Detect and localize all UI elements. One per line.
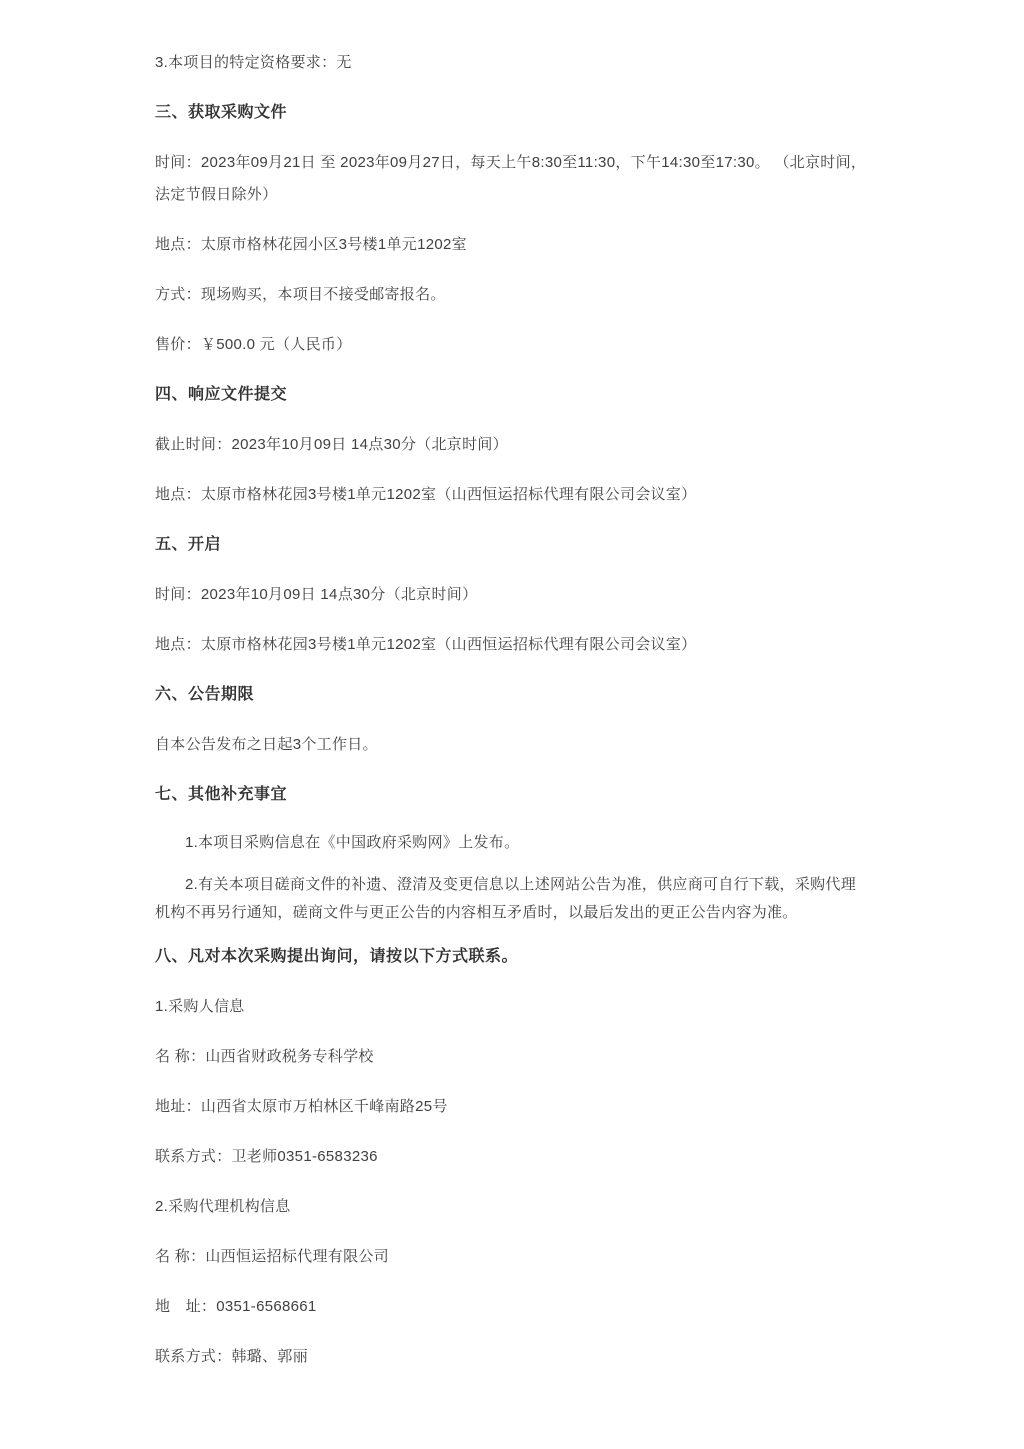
para-obtain-method: 方式：现场购买，本项目不接受邮寄报名。	[155, 279, 869, 311]
heading-section-seven: 七、其他补充事宜	[155, 779, 869, 811]
para-purchaser-info-title: 1.采购人信息	[155, 991, 869, 1023]
para-agency-name: 名 称：山西恒运招标代理有限公司	[155, 1241, 869, 1273]
para-submission-location: 地点：太原市格林花园3号楼1单元1202室（山西恒运招标代理有限公司会议室）	[155, 479, 869, 511]
heading-section-three: 三、获取采购文件	[155, 97, 869, 129]
para-announcement-period: 自本公告发布之日起3个工作日。	[155, 729, 869, 761]
para-specific-qualification: 3.本项目的特定资格要求：无	[155, 47, 869, 79]
document-page: 3.本项目的特定资格要求：无 三、获取采购文件 时间：2023年09月21日 至…	[0, 0, 1024, 1449]
para-obtain-time: 时间：2023年09月21日 至 2023年09月27日，每天上午8:30至11…	[155, 147, 869, 211]
para-purchaser-contact: 联系方式：卫老师0351-6583236	[155, 1141, 869, 1173]
document-content: 3.本项目的特定资格要求：无 三、获取采购文件 时间：2023年09月21日 至…	[0, 0, 1024, 1373]
para-agency-info-title: 2.采购代理机构信息	[155, 1191, 869, 1223]
para-agency-contact: 联系方式：韩璐、郭丽	[155, 1341, 869, 1373]
heading-section-eight: 八、凡对本次采购提出询问，请按以下方式联系。	[155, 941, 869, 973]
para-obtain-location: 地点：太原市格林花园小区3号楼1单元1202室	[155, 229, 869, 261]
heading-section-five: 五、开启	[155, 529, 869, 561]
para-agency-phone: 地 址：0351-6568661	[155, 1291, 869, 1323]
para-supplement-1: 1.本项目采购信息在《中国政府采购网》上发布。	[155, 829, 869, 857]
para-supplement-2: 2.有关本项目磋商文件的补遗、澄清及变更信息以上述网站公告为准，供应商可自行下载…	[155, 871, 869, 927]
para-purchaser-name: 名 称：山西省财政税务专科学校	[155, 1041, 869, 1073]
para-opening-time: 时间：2023年10月09日 14点30分（北京时间）	[155, 579, 869, 611]
heading-section-six: 六、公告期限	[155, 679, 869, 711]
para-submission-deadline: 截止时间：2023年10月09日 14点30分（北京时间）	[155, 429, 869, 461]
heading-section-four: 四、响应文件提交	[155, 379, 869, 411]
para-purchaser-address: 地址：山西省太原市万柏林区千峰南路25号	[155, 1091, 869, 1123]
para-document-price: 售价：￥500.0 元（人民币）	[155, 329, 869, 361]
para-opening-location: 地点：太原市格林花园3号楼1单元1202室（山西恒运招标代理有限公司会议室）	[155, 629, 869, 661]
